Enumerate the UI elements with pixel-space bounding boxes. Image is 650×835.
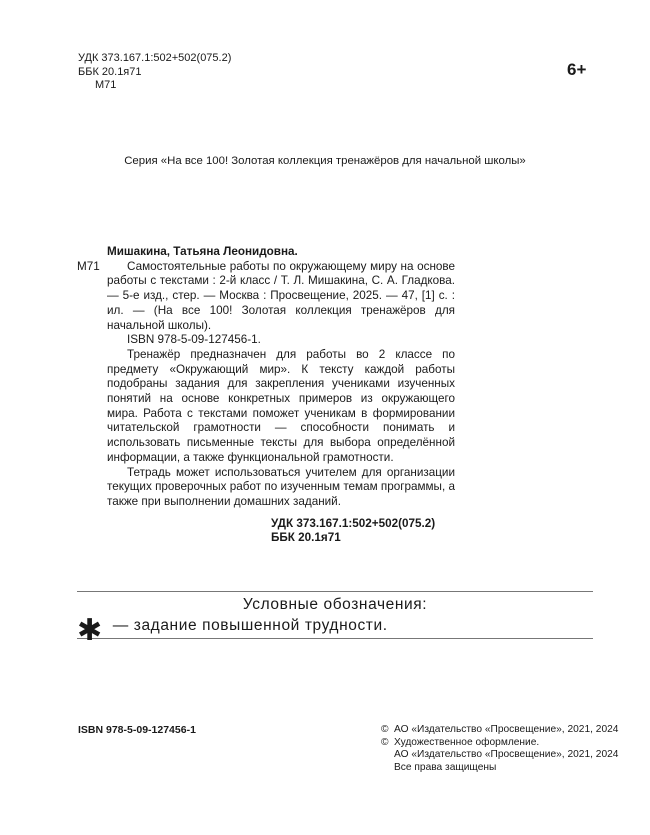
card-bbk: ББК 20.1я71 bbox=[271, 531, 455, 546]
asterisk-star-icon: ✱ bbox=[77, 621, 103, 641]
footer-isbn: ISBN 978-5-09-127456-1 bbox=[78, 724, 196, 736]
card-annotation-1: Тренажёр предназначен для работы во 2 кл… bbox=[107, 348, 455, 466]
author-mark: М71 bbox=[78, 79, 231, 93]
catalog-card: М71 Мишакина, Татьяна Леонидовна. Самост… bbox=[107, 245, 455, 546]
card-author-mark: М71 bbox=[77, 260, 100, 275]
rights-reserved: Все права защищены bbox=[381, 762, 618, 775]
card-description: Самостоятельные работы по окружающему ми… bbox=[107, 260, 455, 334]
copyright-icon: © bbox=[381, 737, 394, 750]
card-udk: УДК 373.167.1:502+502(075.2) bbox=[271, 517, 455, 532]
classification-codes: УДК 373.167.1:502+502(075.2) ББК 20.1я71… bbox=[78, 52, 231, 93]
bbk-code: ББК 20.1я71 bbox=[78, 66, 231, 80]
card-codes: УДК 373.167.1:502+502(075.2) ББК 20.1я71 bbox=[271, 517, 455, 546]
copyright-icon: © bbox=[381, 724, 394, 737]
copyright-line-1: АО «Издательство «Просвещение», 2021, 20… bbox=[394, 724, 618, 735]
series-title: Серия «На все 100! Золотая коллекция тре… bbox=[0, 155, 650, 167]
copyright-line-2: Художественное оформление. bbox=[394, 737, 539, 748]
card-isbn: ISBN 978-5-09-127456-1. bbox=[107, 333, 455, 348]
legend-box: Условные обозначения: ✱ — задание повыше… bbox=[77, 591, 593, 639]
card-author: Мишакина, Татьяна Леонидовна. bbox=[107, 245, 455, 260]
legend-title: Условные обозначения: bbox=[77, 596, 593, 614]
udk-code: УДК 373.167.1:502+502(075.2) bbox=[78, 52, 231, 66]
legend-text: — задание повышенной трудности. bbox=[113, 617, 388, 635]
legend-row: ✱ — задание повышенной трудности. bbox=[77, 616, 388, 636]
age-rating: 6+ bbox=[567, 60, 586, 80]
copyright-block: ©АО «Издательство «Просвещение», 2021, 2… bbox=[381, 724, 618, 774]
copyright-line-3: АО «Издательство «Просвещение», 2021, 20… bbox=[381, 749, 618, 762]
card-annotation-2: Тетрадь может использоваться учителем дл… bbox=[107, 466, 455, 510]
